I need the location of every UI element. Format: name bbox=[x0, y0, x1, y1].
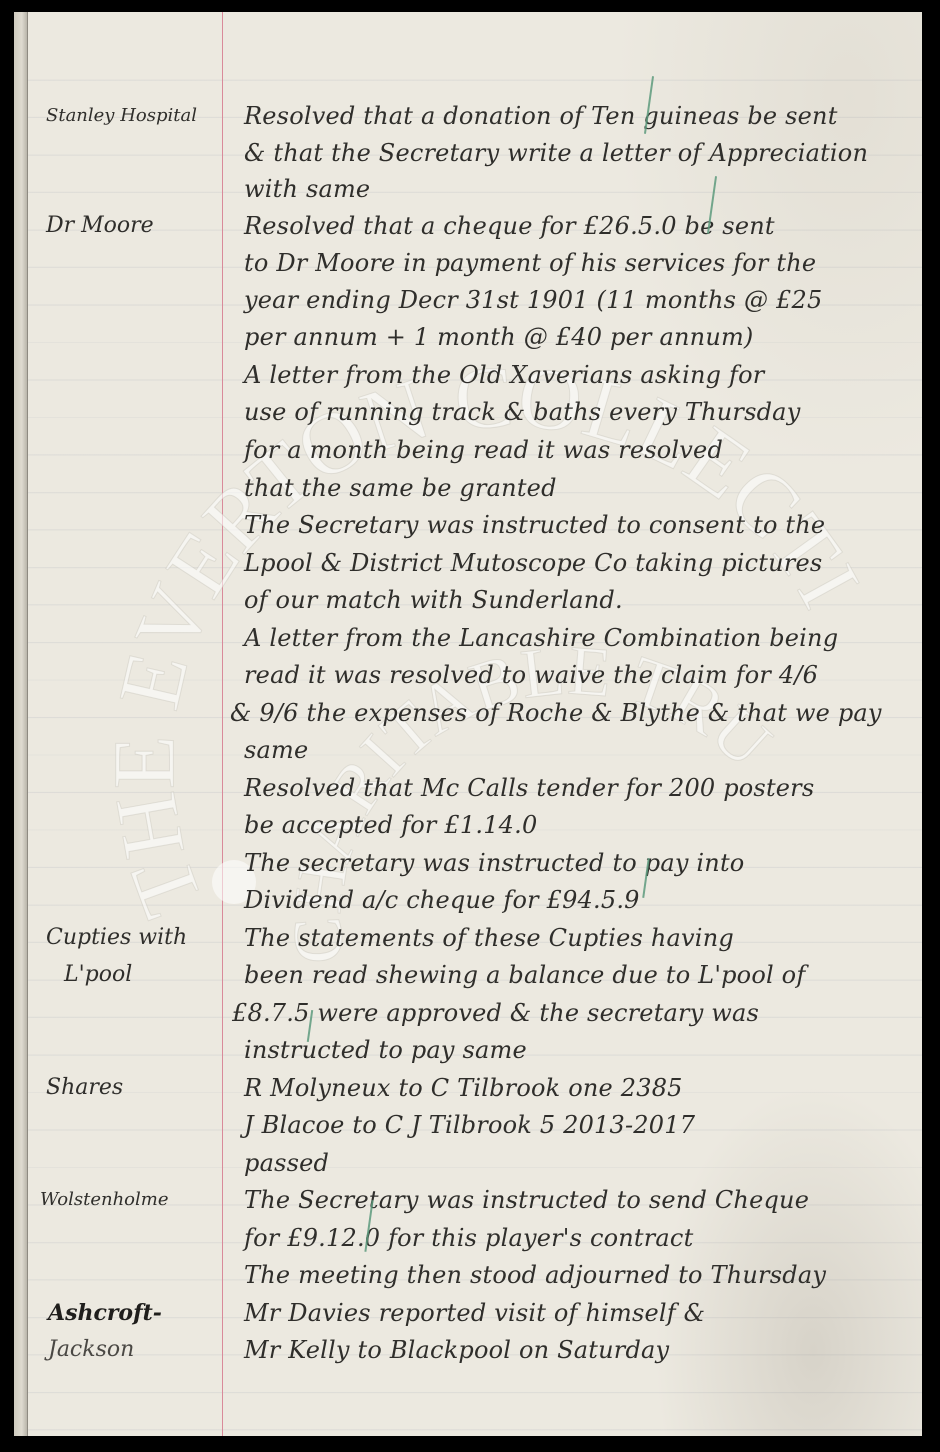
minute-line-21: The secretary was instructed to pay into bbox=[244, 848, 906, 878]
margin-label-cupties-with: Cupties with bbox=[46, 923, 222, 953]
margin-label-wolstenholme: Wolstenholme bbox=[40, 1185, 216, 1215]
margin-label-ashcroft: Ashcroft- bbox=[48, 1298, 224, 1328]
minute-line-6: year ending Decr 31st 1901 (11 months @ … bbox=[244, 285, 906, 315]
minute-line-26: instructed to pay same bbox=[244, 1035, 906, 1065]
ledger-page: THE EVERTON COLLECTION CHARITABLE TRUST … bbox=[14, 12, 922, 1436]
minute-line-24: been read shewing a balance due to L'poo… bbox=[244, 960, 906, 990]
minute-line-2: & that the Secretary write a letter of A… bbox=[244, 138, 906, 168]
minute-line-23: The statements of these Cupties having bbox=[244, 923, 906, 953]
page-binding-edge bbox=[14, 12, 28, 1436]
minute-line-18: same bbox=[244, 735, 906, 765]
minute-line-15: A letter from the Lancashire Combination… bbox=[244, 623, 906, 653]
minute-line-27: R Molyneux to C Tilbrook one 2385 bbox=[244, 1073, 906, 1103]
minute-line-28: J Blacoe to C J Tilbrook 5 2013-2017 bbox=[244, 1110, 906, 1140]
minute-line-5: to Dr Moore in payment of his services f… bbox=[244, 248, 906, 278]
minute-line-9: use of running track & baths every Thurs… bbox=[244, 397, 906, 427]
minute-line-30: The Secretary was instructed to send Che… bbox=[244, 1185, 906, 1215]
minute-line-31: for £9.12.0 for this player's contract bbox=[244, 1223, 906, 1253]
minute-line-11: that the same be granted bbox=[244, 473, 906, 503]
minute-line-20: be accepted for £1.14.0 bbox=[244, 810, 906, 840]
minute-line-4: Resolved that a cheque for £26.5.0 be se… bbox=[244, 211, 906, 241]
minute-line-13: Lpool & District Mutoscope Co taking pic… bbox=[244, 548, 906, 578]
minute-line-10: for a month being read it was resolved bbox=[244, 435, 906, 465]
minute-line-33: Mr Davies reported visit of himself & bbox=[244, 1298, 906, 1328]
margin-label-jackson: Jackson bbox=[48, 1335, 224, 1365]
minute-line-12: The Secretary was instructed to consent … bbox=[244, 510, 906, 540]
minute-line-8: A letter from the Old Xaverians asking f… bbox=[244, 360, 906, 390]
minute-line-3: with same bbox=[244, 174, 906, 204]
minute-line-32: The meeting then stood adjourned to Thur… bbox=[244, 1260, 906, 1290]
minute-line-25: £8.7.5 were approved & the secretary was bbox=[232, 998, 906, 1028]
minute-line-16: read it was resolved to waive the claim … bbox=[244, 660, 906, 690]
minute-line-17: & 9/6 the expenses of Roche & Blythe & t… bbox=[230, 698, 906, 728]
minute-line-22: Dividend a/c cheque for £94.5.9 bbox=[244, 885, 906, 915]
minute-line-7: per annum + 1 month @ £40 per annum) bbox=[244, 322, 906, 352]
minute-line-14: of our match with Sunderland. bbox=[244, 585, 906, 615]
minute-line-19: Resolved that Mc Calls tender for 200 po… bbox=[244, 773, 906, 803]
margin-label-shares: Shares bbox=[46, 1073, 222, 1103]
minute-line-34: Mr Kelly to Blackpool on Saturday bbox=[244, 1335, 906, 1365]
margin-rule bbox=[222, 12, 223, 1436]
margin-label-stanley-hospital: Stanley Hospital bbox=[46, 101, 222, 131]
margin-label-lpool: L'pool bbox=[64, 960, 240, 990]
minute-line-29: passed bbox=[244, 1148, 906, 1178]
margin-label-dr-moore: Dr Moore bbox=[46, 211, 222, 241]
minute-line-1: Resolved that a donation of Ten guineas … bbox=[244, 101, 906, 131]
